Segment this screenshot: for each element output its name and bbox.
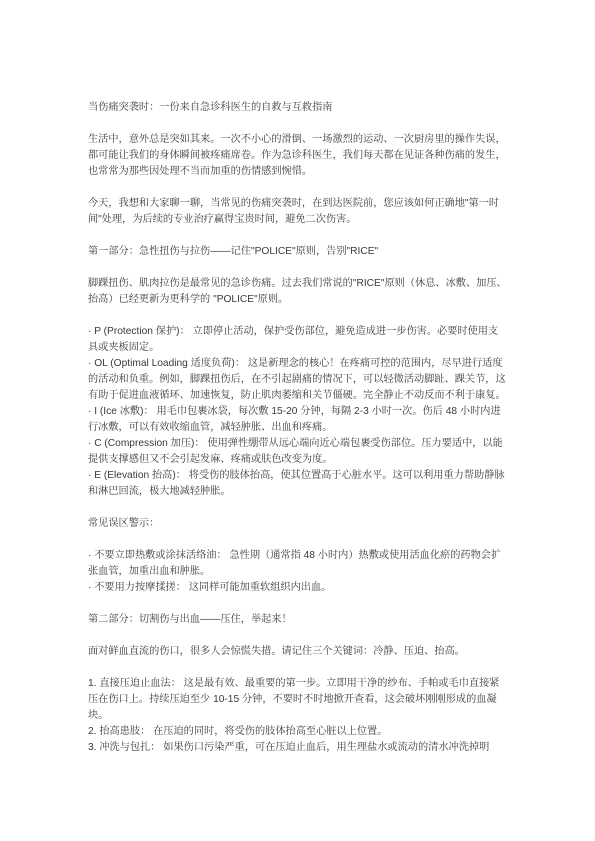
list-item-protection: · P (Protection 保护)： 立即停止活动，保护受伤部位，避免造成进… xyxy=(88,324,508,356)
list-item-optimal-loading: · OL (Optimal Loading 适度负荷)： 这是新理念的核心！在疼… xyxy=(88,356,508,404)
list-item-compression: · C (Compression 加压)： 使用弹性绷带从远心端向近心端包裹受伤… xyxy=(88,436,508,468)
step-item-direct-pressure: 1. 直接压迫止血法： 这是最有效、最重要的第一步。立即用干净的纱布、手帕或毛巾… xyxy=(88,676,508,724)
bleeding-steps-list: 1. 直接压迫止血法： 这是最有效、最重要的第一步。立即用干净的纱布、手帕或毛巾… xyxy=(88,676,508,756)
warnings-list: · 不要立即热敷或涂抹活络油： 急性期（通常指 48 小时内）热敷或使用活血化瘀… xyxy=(88,548,508,596)
section2-heading: 第二部分：切割伤与出血——压住，举起来！ xyxy=(88,612,508,628)
list-item-elevation: · E (Elevation 抬高)： 将受伤的肢体抬高，使其位置高于心脏水平。… xyxy=(88,468,508,500)
doc-title: 当伤痛突袭时：一份来自急诊科医生的自救与互救指南 xyxy=(88,100,508,116)
section1-heading: 第一部分：急性扭伤与拉伤——记住"POLICE"原则，告别"RICE" xyxy=(88,244,508,260)
warnings-heading: 常见误区警示： xyxy=(88,516,508,532)
step-item-elevate-limb: 2. 抬高患肢： 在压迫的同时，将受伤的肢体抬高至心脏以上位置。 xyxy=(88,724,508,740)
list-item-ice: · I (Ice 冰敷)： 用毛巾包裹冰袋，每次敷 15-20 分钟，每隔 2-… xyxy=(88,404,508,436)
document-content: 当伤痛突袭时：一份来自急诊科医生的自救与互救指南 生活中，意外总是突如其来。一次… xyxy=(88,100,508,772)
section2-intro: 面对鲜血直流的伤口，很多人会惊慌失措。请记住三个关键词：冷静、压迫、抬高。 xyxy=(88,644,508,660)
intro-paragraph-2: 今天，我想和大家聊一聊，当常见的伤痛突袭时，在到达医院前，您应该如何正确地"第一… xyxy=(88,196,508,228)
document-page: 当伤痛突袭时：一份来自急诊科医生的自救与互救指南 生活中，意外总是突如其来。一次… xyxy=(0,0,595,841)
step-item-rinse-bandage: 3. 冲洗与包扎： 如果伤口污染严重，可在压迫止血后，用生理盐水或流动的清水冲洗… xyxy=(88,740,508,756)
warning-item-no-massage: · 不要用力按摩揉搓： 这同样可能加重软组织内出血。 xyxy=(88,580,508,596)
section1-intro: 脚踝扭伤、肌肉拉伤是最常见的急诊伤痛。过去我们常说的"RICE"原则（休息、冰敷… xyxy=(88,276,508,308)
police-principle-list: · P (Protection 保护)： 立即停止活动，保护受伤部位，避免造成进… xyxy=(88,324,508,500)
warning-item-no-heat: · 不要立即热敷或涂抹活络油： 急性期（通常指 48 小时内）热敷或使用活血化瘀… xyxy=(88,548,508,580)
intro-paragraph-1: 生活中，意外总是突如其来。一次不小心的滑倒、一场激烈的运动、一次厨房里的操作失误… xyxy=(88,132,508,180)
